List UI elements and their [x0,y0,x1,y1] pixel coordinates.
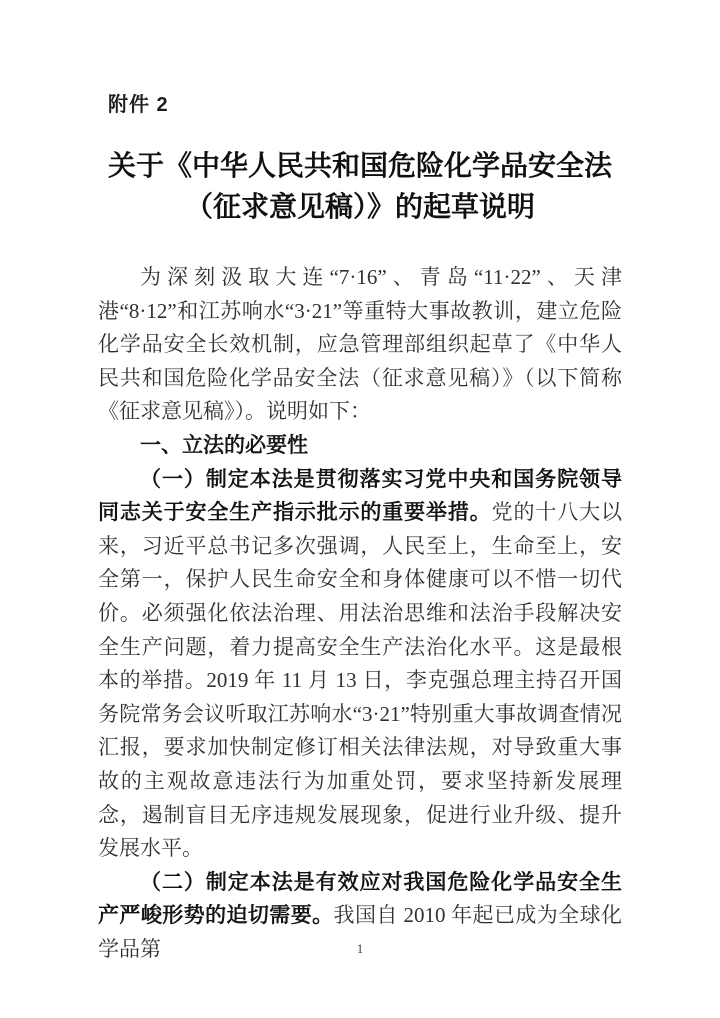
paragraph-point-1-text: 党的十八大以来，习近平总书记多次强调，人民至上，生命至上，安全第一，保护人民生命… [98,500,622,860]
paragraph-point-1: （一）制定本法是贯彻落实习党中央和国务院领导同志关于安全生产指示批示的重要举措。… [98,463,622,866]
section-heading-necessity: 一、立法的必要性 [98,429,622,463]
document-title-line-1: 关于《中华人民共和国危险化学品安全法 [0,146,720,187]
intro-paragraph: 为深刻汲取大连“7·16”、青岛“11·22”、天津港“8·12”和江苏响水“3… [98,261,622,429]
document-body: 为深刻汲取大连“7·16”、青岛“11·22”、天津港“8·12”和江苏响水“3… [98,261,622,966]
page-number: 1 [0,941,720,957]
attachment-label: 附件 2 [108,88,169,117]
document-title: 关于《中华人民共和国危险化学品安全法 （征求意见稿）》的起草说明 [0,146,720,228]
document-page: 附件 2 关于《中华人民共和国危险化学品安全法 （征求意见稿）》的起草说明 为深… [0,0,720,1018]
document-title-line-2: （征求意见稿）》的起草说明 [0,187,720,228]
